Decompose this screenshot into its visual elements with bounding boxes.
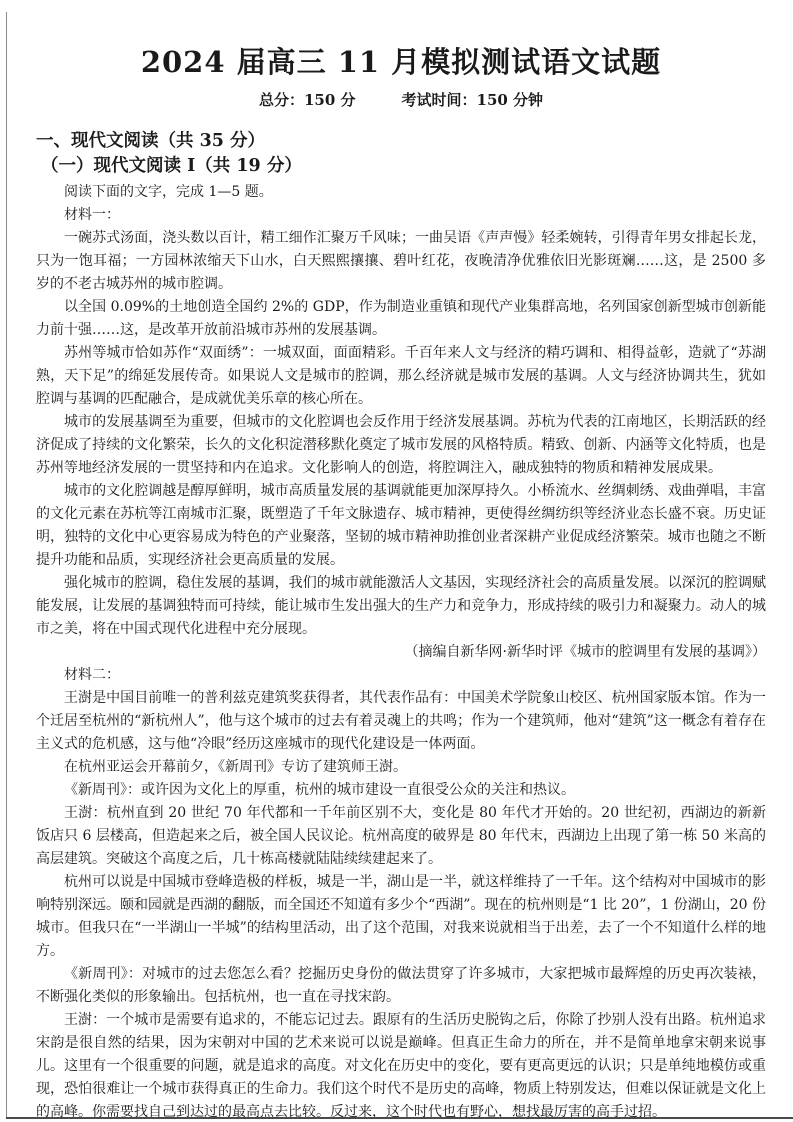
material-one-paragraph: 城市的发展基调至为重要，但城市的文化腔调也会反作用于经济发展基调。苏杭为代表的江… [36, 411, 766, 480]
material-two-paragraph: 《新周刊》：或许因为文化上的厚重，杭州的城市建设一直很受公众的关注和热议。 [36, 779, 766, 802]
exam-meta: 总分：150 分考试时间：150 分钟 [36, 90, 766, 110]
material-two-paragraph: 王澍：一个城市是需要有追求的，不能忘记过去。跟原有的生活历史脱钩之后，你除了抄别… [36, 1009, 766, 1122]
source-attribution: （摘编自新华网·新华时评《城市的腔调里有发展的基调》） [36, 641, 766, 664]
material-one-paragraph: 一碗苏式汤面，浇头数以百计，精工细作汇聚万千风味；一曲吴语《声声慢》轻柔婉转，引… [36, 227, 766, 296]
page-title: 2024 届高三 11 月模拟测试语文试题 [36, 44, 766, 80]
material-one-label: 材料一： [36, 204, 766, 227]
material-two-label: 材料二： [36, 664, 766, 687]
total-score-label: 总分：150 分 [259, 91, 356, 109]
material-one-paragraph: 苏州等城市恰如苏作“双面绣”：一城双面，面面精彩。千百年来人文与经济的精巧调和、… [36, 342, 766, 411]
reading-passage: 阅读下面的文字，完成 1—5 题。 材料一： 一碗苏式汤面，浇头数以百计，精工细… [36, 181, 766, 1122]
material-one-paragraph: 强化城市的腔调，稳住发展的基调，我们的城市就能激活人文基因，实现经济社会的高质量… [36, 572, 766, 641]
material-one-paragraph: 城市的文化腔调越是醇厚鲜明，城市高质量发展的基调就能更加深厚持久。小桥流水、丝绸… [36, 480, 766, 572]
material-two-paragraph: 王澍是中国目前唯一的普利兹克建筑奖获得者，其代表作品有：中国美术学院象山校区、杭… [36, 687, 766, 756]
scan-border-bottom [6, 1117, 793, 1119]
material-two-paragraph: 杭州可以说是中国城市登峰造极的样板，城是一半，湖山是一半，就这样维持了一千年。这… [36, 871, 766, 963]
exam-paper-page: 2024 届高三 11 月模拟测试语文试题 总分：150 分考试时间：150 分… [0, 0, 793, 1122]
scan-border-left [6, 12, 7, 1118]
instruction-text: 阅读下面的文字，完成 1—5 题。 [36, 181, 766, 204]
material-two-paragraph: 王澍：杭州直到 20 世纪 70 年代都和一千年前区别不大，变化是 80 年代才… [36, 802, 766, 871]
subsection-heading: （一）现代文阅读 I（共 19 分） [36, 155, 766, 178]
material-one-paragraph: 以全国 0.09%的土地创造全国约 2%的 GDP，作为制造业重镇和现代产业集群… [36, 296, 766, 342]
material-two-paragraph: 《新周刊》：对城市的过去您怎么看？挖掘历史身份的做法贯穿了许多城市，大家把城市最… [36, 963, 766, 1009]
exam-duration-label: 考试时间：150 分钟 [402, 91, 544, 109]
material-two-paragraph: 在杭州亚运会开幕前夕，《新周刊》专访了建筑师王澍。 [36, 756, 766, 779]
section-heading: 一、现代文阅读（共 35 分） [36, 130, 766, 153]
